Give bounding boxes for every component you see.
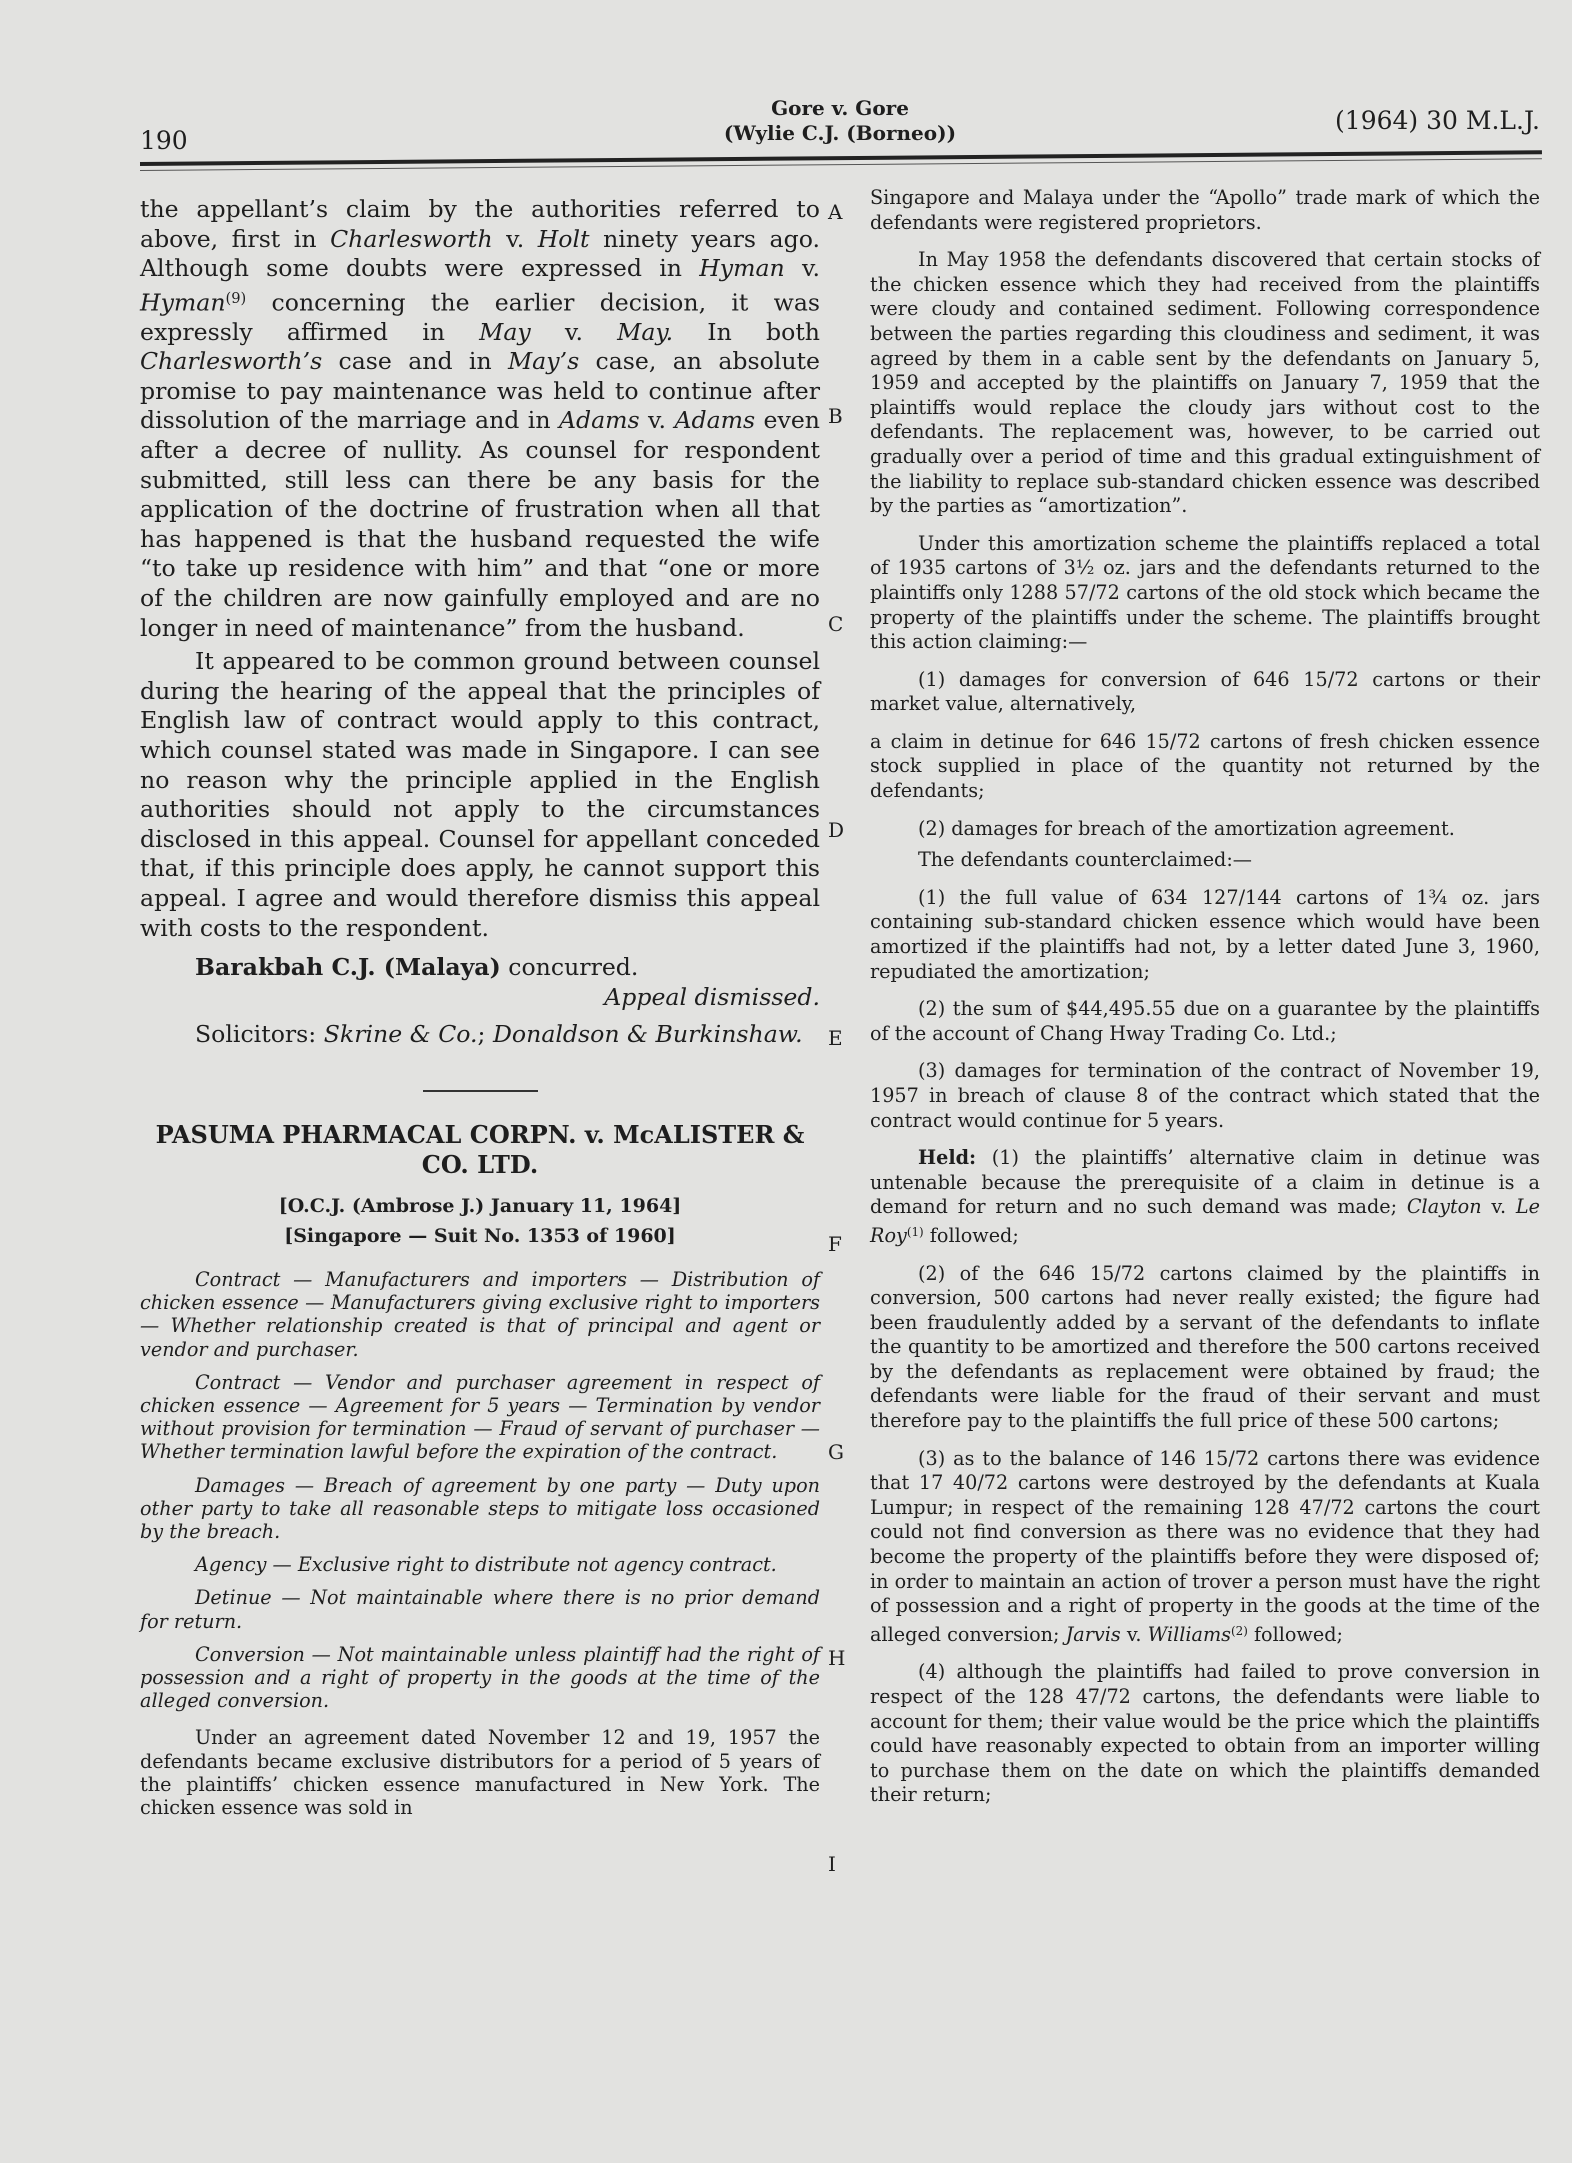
footnote-ref: (2) bbox=[1231, 1624, 1248, 1638]
margin-letter: H bbox=[828, 1646, 845, 1670]
case-name: May. bbox=[617, 318, 673, 346]
text: followed; bbox=[1248, 1623, 1343, 1646]
case-name: Jarvis bbox=[1066, 1623, 1121, 1646]
case-divider bbox=[423, 1090, 538, 1092]
holding-2: (2) of the 646 15/72 cartons claimed by … bbox=[870, 1262, 1540, 1434]
appeal-result: Appeal dismissed. bbox=[140, 983, 820, 1013]
case-name: Hyman bbox=[699, 254, 785, 282]
case-name: May bbox=[479, 318, 531, 346]
margin-letter: A bbox=[828, 200, 842, 224]
counterclaim-item: (3) damages for termination of the contr… bbox=[870, 1059, 1540, 1133]
case-name: May’s bbox=[508, 347, 579, 375]
margin-letter: E bbox=[828, 1026, 843, 1050]
margin-letter: F bbox=[828, 1232, 842, 1256]
margin-letter: C bbox=[828, 612, 843, 636]
claim-item: (1) damages for conversion of 646 15/72 … bbox=[870, 668, 1540, 717]
concurrence: Barakbah C.J. (Malaya) concurred. bbox=[140, 953, 820, 983]
text: case and in bbox=[322, 347, 508, 375]
left-column: the appellant’s claim by the authorities… bbox=[140, 195, 820, 1819]
case-name: Holt bbox=[538, 225, 590, 253]
facts-continued: Singapore and Malaya under the “Apollo” … bbox=[870, 186, 1540, 235]
court-and-date: [O.C.J. (Ambrose J.) January 11, 1964] bbox=[140, 1194, 820, 1218]
facts-paragraph: Under this amortization scheme the plain… bbox=[870, 532, 1540, 655]
held-label: Held: bbox=[918, 1146, 976, 1169]
case-name: Hyman bbox=[140, 288, 226, 316]
judge-name: Barakbah C.J. (Malaya) bbox=[195, 953, 501, 981]
margin-letter: B bbox=[828, 404, 843, 428]
text: v. bbox=[785, 254, 820, 282]
claim-item: a claim in detinue for 646 15/72 cartons… bbox=[870, 730, 1540, 804]
solicitors: Solicitors: Skrine & Co.; Donaldson & Bu… bbox=[140, 1020, 820, 1050]
report-citation: (1964) 30 M.L.J. bbox=[1335, 106, 1540, 135]
right-column: Singapore and Malaya under the “Apollo” … bbox=[870, 186, 1540, 1808]
text: followed; bbox=[924, 1224, 1019, 1247]
solicitors-label: Solicitors: bbox=[195, 1020, 324, 1048]
judgment-paragraph-continued: the appellant’s claim by the authorities… bbox=[140, 195, 820, 643]
case-name: Charlesworth bbox=[330, 225, 493, 253]
suit-number: [Singapore — Suit No. 1353 of 1960] bbox=[140, 1224, 820, 1248]
catchword: Detinue — Not maintainable where there i… bbox=[140, 1586, 820, 1632]
new-case-title: PASUMA PHARMACAL CORPN. v. McALISTER & C… bbox=[140, 1120, 820, 1180]
running-header: 190 Gore v. Gore (Wylie C.J. (Borneo)) (… bbox=[140, 96, 1540, 156]
case-name: Charlesworth’s bbox=[140, 347, 322, 375]
holding-4: (4) although the plaintiffs had failed t… bbox=[870, 1660, 1540, 1808]
text: In both bbox=[673, 318, 820, 346]
law-report-page: 190 Gore v. Gore (Wylie C.J. (Borneo)) (… bbox=[0, 0, 1572, 2163]
judgment-paragraph: It appeared to be common ground between … bbox=[140, 647, 820, 943]
text: v. bbox=[1482, 1195, 1516, 1218]
catchword: Agency — Exclusive right to distribute n… bbox=[140, 1553, 820, 1576]
margin-letter: G bbox=[828, 1440, 844, 1464]
text: even after a decree of nullity. As couns… bbox=[140, 406, 820, 641]
claim-item: (2) damages for breach of the amortizati… bbox=[870, 817, 1540, 842]
holding-1: Held: (1) the plaintiffs’ alternative cl… bbox=[870, 1146, 1540, 1248]
case-name: Adams bbox=[559, 406, 640, 434]
margin-letter: D bbox=[828, 818, 844, 842]
margin-letter: I bbox=[828, 1852, 836, 1876]
catchword: Conversion — Not maintainable unless pla… bbox=[140, 1643, 820, 1713]
text: ; bbox=[478, 1020, 493, 1048]
text: v. bbox=[531, 318, 617, 346]
case-name: Clayton bbox=[1407, 1195, 1482, 1218]
text: concurred. bbox=[501, 953, 639, 981]
counterclaim-intro: The defendants counterclaimed:— bbox=[870, 848, 1540, 873]
solicitor-firm: Skrine & Co. bbox=[324, 1020, 478, 1048]
text: v. bbox=[1121, 1623, 1148, 1646]
text: v. bbox=[493, 225, 538, 253]
case-name: Williams bbox=[1148, 1623, 1231, 1646]
facts-paragraph: Under an agreement dated November 12 and… bbox=[140, 1726, 820, 1819]
catchword: Damages — Breach of agreement by one par… bbox=[140, 1474, 820, 1544]
catchword: Contract — Vendor and purchaser agreemen… bbox=[140, 1371, 820, 1464]
solicitor-firm: Donaldson & Burkinshaw. bbox=[493, 1020, 803, 1048]
case-title: Gore v. Gore bbox=[140, 96, 1540, 121]
case-name: Adams bbox=[674, 406, 755, 434]
counterclaim-item: (1) the full value of 634 127/144 carton… bbox=[870, 886, 1540, 984]
case-judge: (Wylie C.J. (Borneo)) bbox=[140, 121, 1540, 146]
text: (3) as to the balance of 146 15/72 carto… bbox=[870, 1447, 1540, 1646]
facts-paragraph: In May 1958 the defendants discovered th… bbox=[870, 248, 1540, 519]
catchword: Contract — Manufacturers and importers —… bbox=[140, 1268, 820, 1361]
holding-3: (3) as to the balance of 146 15/72 carto… bbox=[870, 1447, 1540, 1648]
counterclaim-item: (2) the sum of $44,495.55 due on a guara… bbox=[870, 997, 1540, 1046]
text: v. bbox=[640, 406, 675, 434]
running-case-title: Gore v. Gore (Wylie C.J. (Borneo)) bbox=[140, 96, 1540, 146]
footnote-ref: (9) bbox=[226, 290, 247, 307]
footnote-ref: (1) bbox=[907, 1225, 924, 1239]
